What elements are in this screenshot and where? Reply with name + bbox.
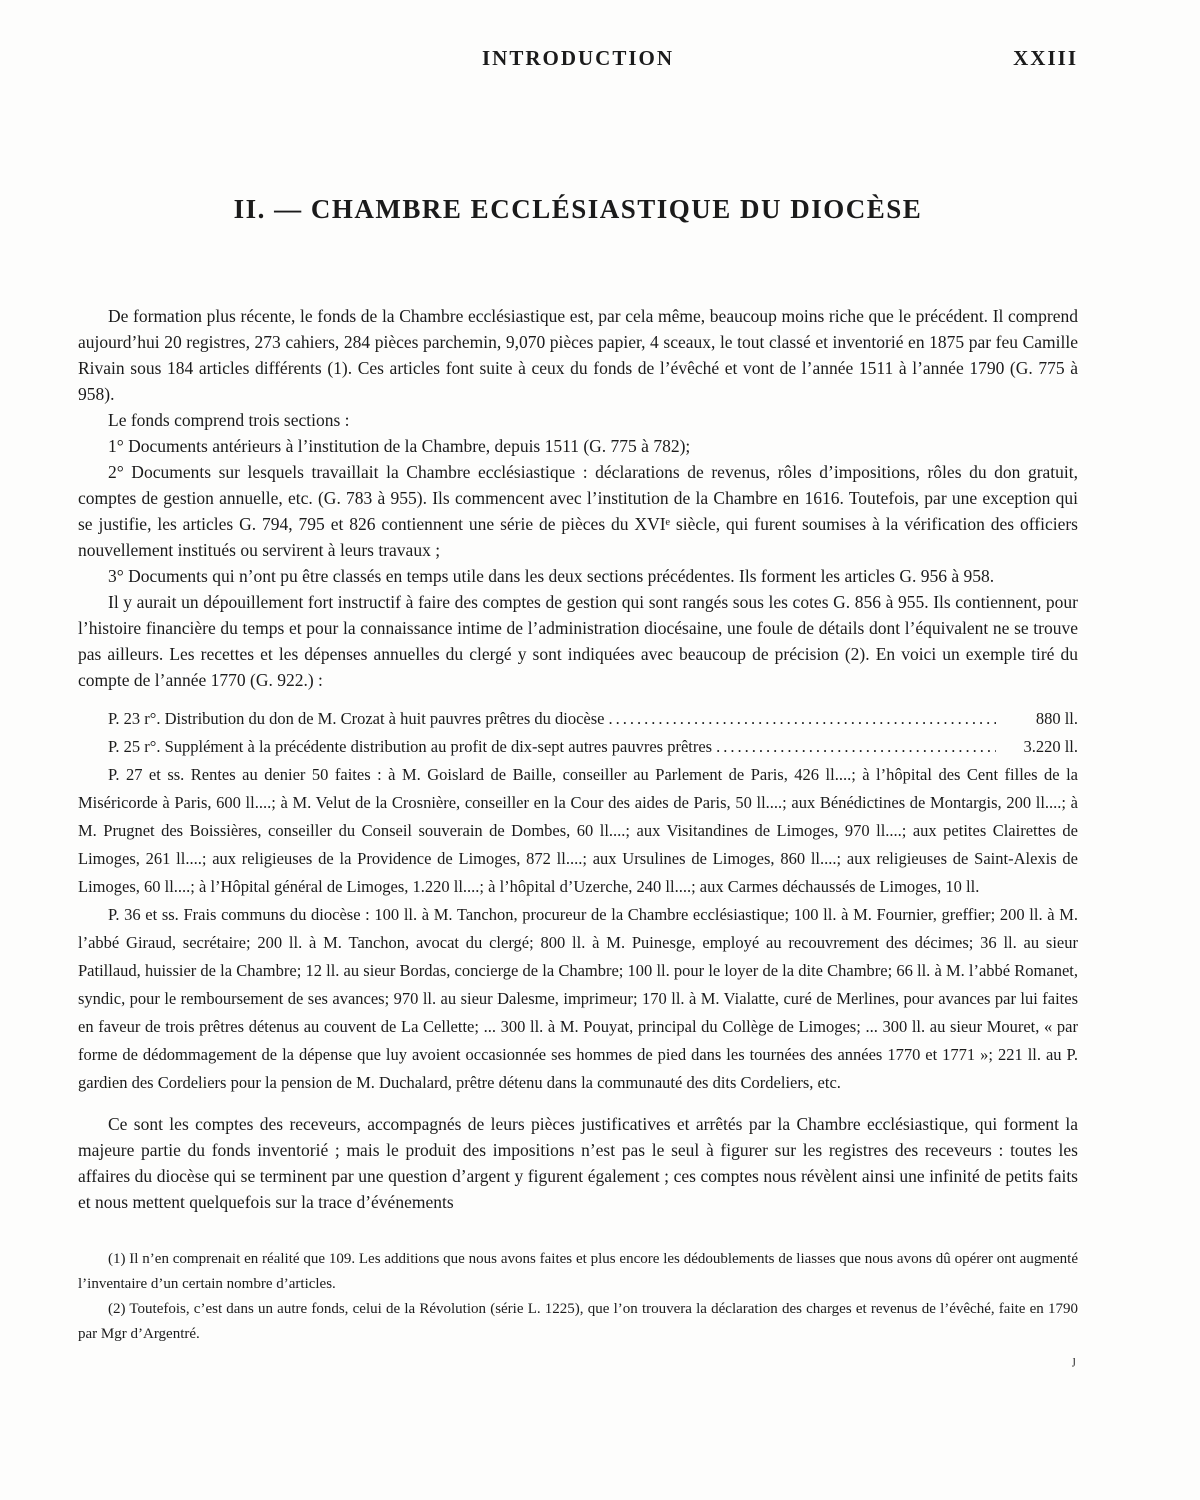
dot-leader xyxy=(608,705,996,733)
signature-mark: ȷ xyxy=(78,1347,1078,1372)
footnote-2: (2) Toutefois, c’est dans un autre fonds… xyxy=(78,1297,1078,1347)
paragraph-sections-lead: Le fonds comprend trois sections : xyxy=(78,407,1078,433)
paragraph-depouillement: Il y aurait un dépouillement fort instru… xyxy=(78,589,1078,693)
account-entry-amount: 880 ll. xyxy=(1000,705,1078,733)
account-entry-2: P. 25 r°. Supplément à la précédente dis… xyxy=(78,733,1078,761)
dot-leader xyxy=(716,733,996,761)
section-title: II. — CHAMBRE ECCLÉSIASTIQUE DU DIOCÈSE xyxy=(78,194,1078,225)
account-entry-4: P. 36 et ss. Frais communs du diocèse : … xyxy=(78,901,1078,1097)
account-entry-text: P. 23 r°. Distribution du don de M. Croz… xyxy=(78,705,604,733)
footnotes: (1) Il n’en comprenait en réalité que 10… xyxy=(78,1247,1078,1372)
paragraph-intro: De formation plus récente, le fonds de l… xyxy=(78,303,1078,407)
paragraph-closing: Ce sont les comptes des receveurs, accom… xyxy=(78,1111,1078,1215)
page-header: INTRODUCTION XXIII xyxy=(78,46,1078,74)
footnote-1: (1) Il n’en comprenait en réalité que 10… xyxy=(78,1247,1078,1297)
account-extract: P. 23 r°. Distribution du don de M. Croz… xyxy=(78,705,1078,1097)
book-page: INTRODUCTION XXIII II. — CHAMBRE ECCLÉSI… xyxy=(0,0,1200,1500)
body-text: De formation plus récente, le fonds de l… xyxy=(78,303,1078,1215)
page-number: XXIII xyxy=(1013,46,1078,71)
list-item-2: 2° Documents sur lesquels travaillait la… xyxy=(78,459,1078,563)
text-block: INTRODUCTION XXIII II. — CHAMBRE ECCLÉSI… xyxy=(78,0,1078,1372)
account-entry-1: P. 23 r°. Distribution du don de M. Croz… xyxy=(78,705,1078,733)
account-entry-text: P. 25 r°. Supplément à la précédente dis… xyxy=(78,733,712,761)
list-item-3: 3° Documents qui n’ont pu être classés e… xyxy=(78,563,1078,589)
list-item-1: 1° Documents antérieurs à l’institution … xyxy=(78,433,1078,459)
running-title: INTRODUCTION xyxy=(482,46,674,71)
account-entry-3: P. 27 et ss. Rentes au denier 50 faites … xyxy=(78,761,1078,901)
account-entry-amount: 3.220 ll. xyxy=(1000,733,1078,761)
